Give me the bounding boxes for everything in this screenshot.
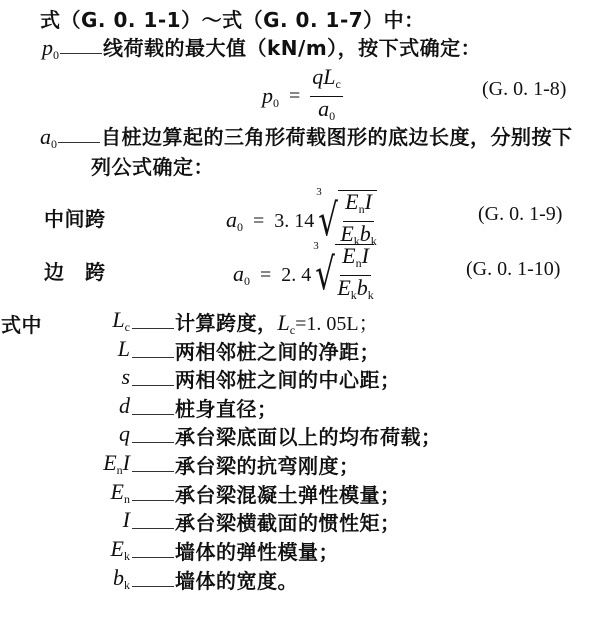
where-item-description: 墙体的弹性模量； bbox=[175, 536, 339, 565]
where-item-description: 墙体的宽度。 bbox=[175, 565, 298, 594]
p0-definition: p0 线荷载的最大值（kN/m），按下式确定： bbox=[42, 32, 481, 63]
where-item-symbol-9: bk bbox=[0, 565, 130, 593]
extra-text: =1. 05L； bbox=[295, 307, 379, 336]
coefficient: 3. 14 bbox=[274, 210, 314, 233]
em-dash bbox=[132, 385, 174, 386]
where-item-description: 两相邻桩之间的中心距； bbox=[175, 364, 401, 393]
a0-definition: a0 自桩边算起的三角形荷载图形的底边长度，分别按下 bbox=[40, 121, 573, 152]
em-dash bbox=[132, 328, 174, 329]
equals-sign: = bbox=[253, 210, 264, 233]
em-dash bbox=[132, 357, 174, 358]
formula-lhs: a0 bbox=[226, 207, 243, 235]
p0-symbol: p0 bbox=[42, 35, 59, 63]
em-dash bbox=[58, 142, 100, 143]
where-item-symbol-8: Ek bbox=[0, 536, 130, 564]
where-item-symbol-4: q bbox=[0, 421, 130, 447]
em-dash bbox=[132, 442, 174, 443]
radical-sign-icon: √ bbox=[315, 253, 335, 297]
where-item-symbol-2: s bbox=[0, 364, 130, 390]
where-item-symbol-0: Lc bbox=[0, 307, 130, 335]
middle-span-label: 中间跨 bbox=[44, 203, 106, 232]
where-item-symbol-1: L bbox=[0, 336, 130, 362]
radical-sign-icon: √ bbox=[318, 199, 338, 243]
where-item-5: 承台梁的抗弯刚度； bbox=[131, 450, 360, 479]
where-item-description: 承台梁横截面的惯性矩； bbox=[175, 507, 401, 536]
a0-description-line2: 列公式确定： bbox=[91, 151, 214, 180]
fraction: qLc a0 bbox=[310, 66, 343, 127]
equals-sign: = bbox=[260, 264, 271, 287]
where-item-9: 墙体的宽度。 bbox=[131, 565, 298, 594]
numerator: qLc bbox=[310, 66, 343, 97]
where-item-symbol-6: En bbox=[0, 479, 130, 507]
em-dash bbox=[132, 414, 174, 415]
equation-number-9: (G. 0. 1-9) bbox=[478, 203, 562, 226]
formula-p0: p0 = qLc a0 bbox=[262, 66, 343, 127]
where-item-0: 计算跨度， Lc =1. 05L； bbox=[131, 307, 379, 338]
where-item-7: 承台梁横截面的惯性矩； bbox=[131, 507, 401, 536]
em-dash bbox=[60, 53, 102, 54]
where-item-4: 承台梁底面以上的均布荷载； bbox=[131, 421, 442, 450]
a0-description-line1: 自桩边算起的三角形荷载图形的底边长度，分别按下 bbox=[101, 121, 573, 150]
equation-number-8: (G. 0. 1-8) bbox=[482, 78, 566, 101]
em-dash bbox=[132, 586, 174, 587]
equals-sign: = bbox=[289, 85, 300, 108]
coefficient: 2. 4 bbox=[281, 264, 311, 287]
em-dash bbox=[132, 528, 174, 529]
where-item-description: 承台梁底面以上的均布荷载； bbox=[175, 421, 442, 450]
where-item-description: 承台梁混凝土弹性模量； bbox=[175, 479, 401, 508]
a0-symbol: a0 bbox=[40, 124, 57, 152]
equation-number-10: (G. 0. 1-10) bbox=[466, 258, 560, 281]
where-item-symbol-7: I bbox=[0, 507, 130, 533]
formula-p0-lhs: p0 bbox=[262, 83, 279, 111]
extra-symbol: Lc bbox=[278, 310, 296, 338]
where-item-3: 桩身直径； bbox=[131, 393, 278, 422]
where-item-symbol-3: d bbox=[0, 393, 130, 419]
cube-root: 3 √ EnI Ekbk bbox=[311, 244, 374, 306]
formula-lhs: a0 bbox=[233, 261, 250, 289]
numerator: EnI bbox=[340, 245, 371, 276]
denominator: Ekbk bbox=[337, 276, 373, 306]
em-dash bbox=[132, 557, 174, 558]
where-item-description: 计算跨度， bbox=[175, 307, 278, 336]
where-item-6: 承台梁混凝土弹性模量； bbox=[131, 479, 401, 508]
where-item-2: 两相邻桩之间的中心距； bbox=[131, 364, 401, 393]
where-item-description: 两相邻桩之间的净距； bbox=[175, 336, 380, 365]
p0-description: 线荷载的最大值（kN/m），按下式确定： bbox=[103, 32, 481, 61]
where-item-description: 承台梁的抗弯刚度； bbox=[175, 450, 360, 479]
where-item-description: 桩身直径； bbox=[175, 393, 278, 422]
radicand-fraction: EnI Ekbk bbox=[335, 244, 373, 306]
numerator: EnI bbox=[343, 191, 374, 222]
where-item-8: 墙体的弹性模量； bbox=[131, 536, 339, 565]
em-dash bbox=[132, 500, 174, 501]
formula-edge-span: a0 = 2. 4 3 √ EnI Ekbk bbox=[233, 244, 374, 306]
em-dash bbox=[132, 471, 174, 472]
intro-line: 式（G. 0. 1-1）～式（G. 0. 1-7）中： bbox=[40, 4, 425, 33]
where-item-1: 两相邻桩之间的净距； bbox=[131, 336, 380, 365]
where-item-symbol-5: EnI bbox=[0, 450, 130, 478]
edge-span-label: 边 跨 bbox=[44, 256, 106, 285]
